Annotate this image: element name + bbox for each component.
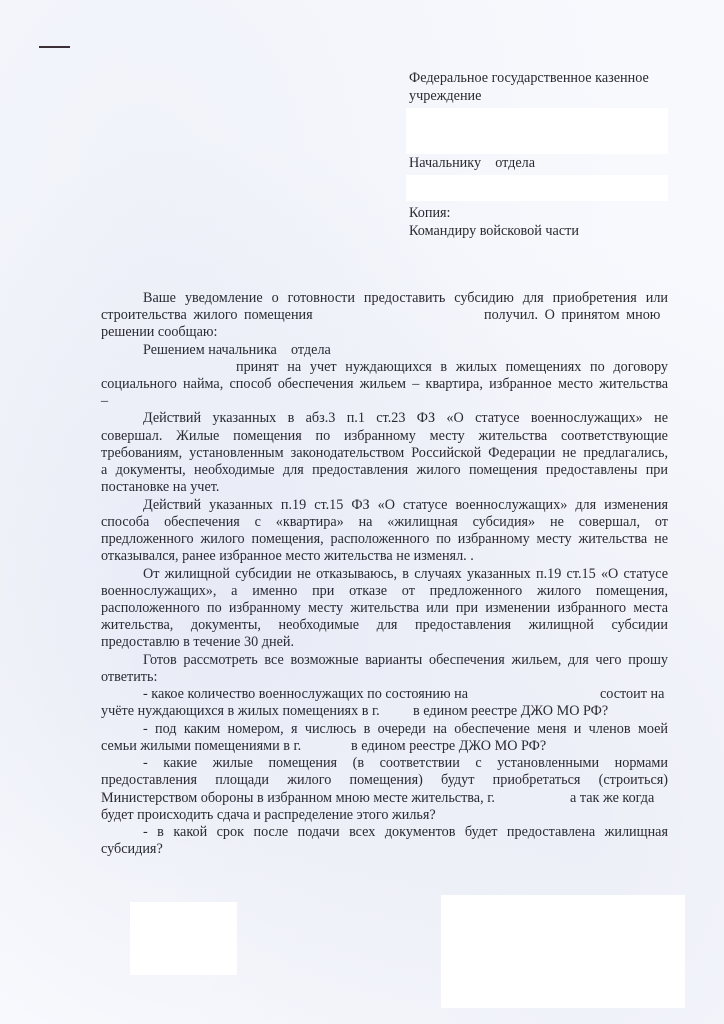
question-line: Министерством обороны в избранном мною м… bbox=[101, 790, 495, 807]
scanned-letter-page: Федеральное государственное казенное учр… bbox=[0, 0, 724, 1024]
body-line: требованиям, установленным законодательс… bbox=[101, 445, 668, 462]
body-line: отказывался, ранее избранное место жител… bbox=[101, 548, 474, 565]
body-line: строительства жилого помещения bbox=[101, 307, 313, 324]
redacted-signature-right bbox=[441, 895, 685, 1008]
question-line: - под каким номером, я числюсь в очереди… bbox=[143, 721, 668, 738]
question-line: в едином реестре ДЖО МО РФ? bbox=[351, 738, 546, 755]
question-line: будет происходить сдача и распределение … bbox=[101, 807, 436, 824]
question-line: субсидия? bbox=[101, 841, 163, 858]
body-line: Действий указанных в абз.3 п.1 ст.23 ФЗ … bbox=[143, 410, 668, 427]
recipient-org-line2: учреждение bbox=[409, 88, 481, 105]
body-line: способа обеспечения с «квартира» на «жил… bbox=[101, 514, 668, 531]
body-line: получил. О принятом мною bbox=[484, 307, 660, 324]
body-line: социального найма, способ обеспечения жи… bbox=[101, 376, 668, 393]
corner-dash-mark bbox=[39, 46, 70, 48]
question-line: предоставления площади жилого помещения)… bbox=[101, 772, 668, 789]
body-line: решении сообщаю: bbox=[101, 324, 217, 341]
question-line: а так же когда bbox=[570, 790, 654, 807]
body-line: расположенного по избранному месту жител… bbox=[101, 600, 668, 617]
body-line: а документы, необходимые для предоставле… bbox=[101, 462, 668, 479]
redacted-signature-left bbox=[130, 902, 237, 975]
copy-recipient: Командиру войсковой части bbox=[409, 223, 579, 240]
redacted-department bbox=[406, 175, 668, 201]
question-line: состоит на bbox=[600, 686, 664, 703]
body-line: Ваше уведомление о готовности предостави… bbox=[143, 290, 668, 307]
question-line: учёте нуждающихся в жилых помещениях в г… bbox=[101, 703, 380, 720]
question-line: в едином реестре ДЖО МО РФ? bbox=[413, 703, 608, 720]
redacted-org-name bbox=[406, 108, 668, 154]
body-line: военнослужащих», а именно при отказе от … bbox=[101, 583, 668, 600]
recipient-org-line1: Федеральное государственное казенное bbox=[409, 70, 649, 87]
body-line: предоставлю в течение 30 дней. bbox=[101, 634, 294, 651]
body-line: принят на учет нуждающихся в жилых помещ… bbox=[236, 359, 668, 376]
body-line: совершал. Жилые помещения по избранному … bbox=[101, 428, 668, 445]
body-line: предложенного жилого помещения, располож… bbox=[101, 531, 668, 548]
question-line: семьи жилыми помещениями в г. bbox=[101, 738, 301, 755]
body-line: жительства, документы, необходимые для п… bbox=[101, 617, 668, 634]
body-line: От жилищной субсидии не отказываюсь, в с… bbox=[143, 566, 668, 583]
question-line: - какие жилые помещения (в соответствии … bbox=[143, 755, 668, 772]
question-line: - в какой срок после подачи всех докумен… bbox=[143, 824, 668, 841]
body-line: ответить: bbox=[101, 669, 157, 686]
body-line: постановке на учет. bbox=[101, 479, 219, 496]
to-head-of-department: Начальнику отдела bbox=[409, 155, 535, 172]
question-line: - какое количество военнослужащих по сос… bbox=[143, 686, 468, 703]
body-line: Действий указанных п.19 ст.15 ФЗ «О стат… bbox=[143, 497, 668, 514]
body-line: Готов рассмотреть все возможные варианты… bbox=[143, 652, 668, 669]
copy-label: Копия: bbox=[409, 205, 451, 222]
body-line: Решением начальника отдела bbox=[143, 342, 331, 359]
body-line: – bbox=[101, 393, 108, 410]
